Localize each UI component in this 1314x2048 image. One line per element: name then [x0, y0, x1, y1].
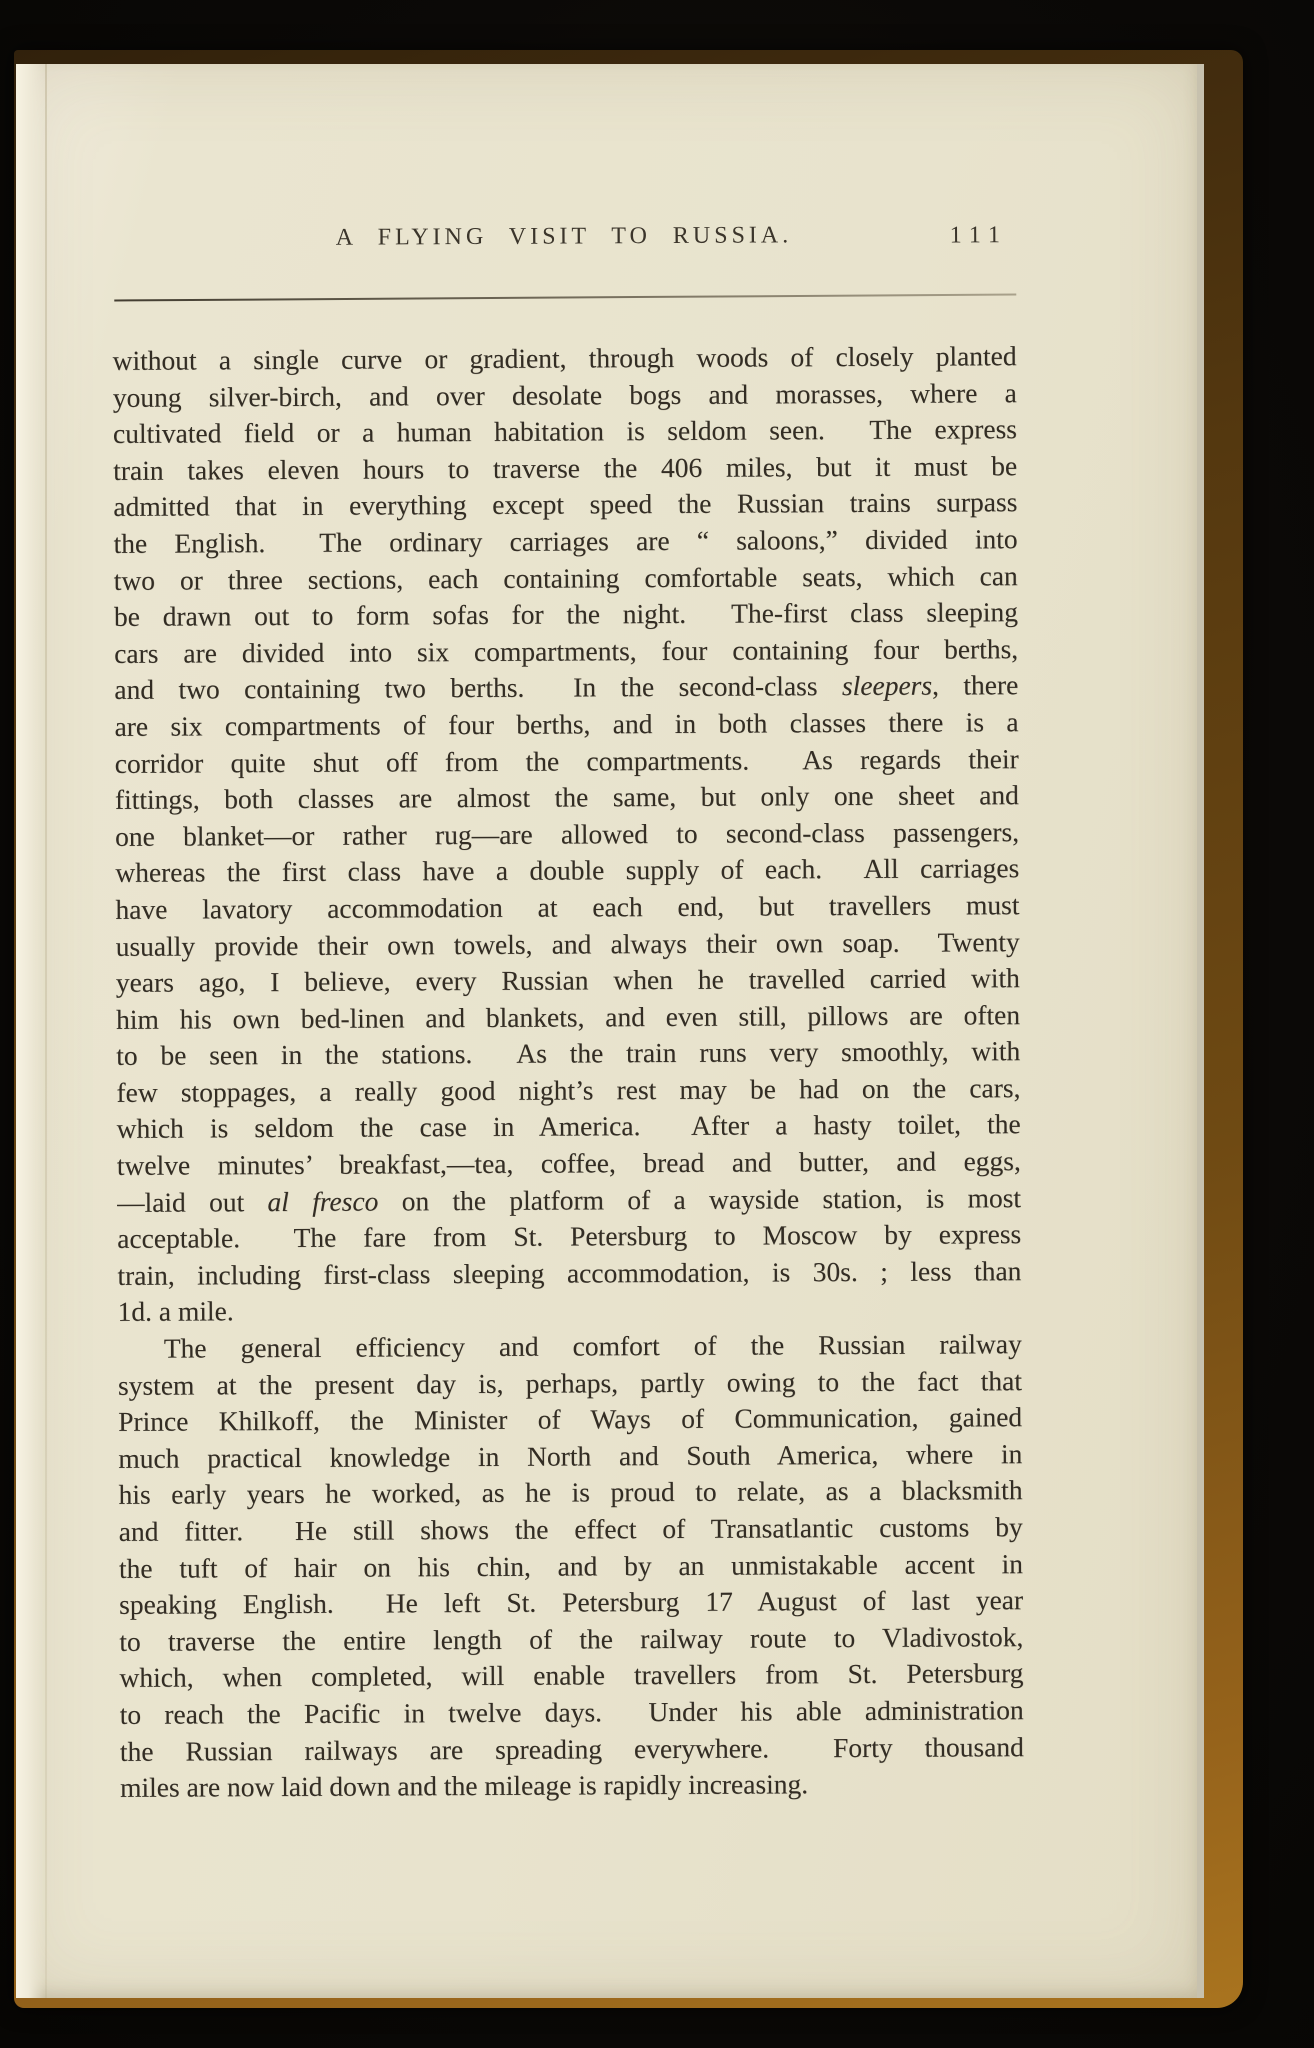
text-segment: and fitter. He still shows the effect of… [119, 1511, 1023, 1547]
text-line: speaking English. He left St. Petersburg… [119, 1582, 1023, 1623]
text-line: much practical knowledge in North and So… [118, 1436, 1022, 1477]
text-line: cars are divided into six compartments, … [114, 631, 1018, 672]
text-line: be drawn out to form sofas for the night… [114, 594, 1018, 635]
text-segment: cars are divided into six compartments, … [114, 633, 1018, 669]
text-line: his early years he worked, as he is prou… [118, 1473, 1022, 1514]
text-segment: to reach the Pacific in twelve days. Und… [120, 1694, 1024, 1730]
text-line: usually provide their own towels, and al… [116, 924, 1020, 965]
text-line: which, when completed, will enable trave… [119, 1656, 1023, 1697]
text-segment: without a single curve or gradient, thro… [113, 340, 1017, 376]
text-line: without a single curve or gradient, thro… [113, 338, 1017, 379]
page-body: without a single curve or gradient, thro… [113, 338, 1025, 1806]
text-segment: Prince Khilkoff, the Minister of Ways of… [118, 1401, 1022, 1437]
text-segment: 1d. a mile. [118, 1296, 234, 1328]
text-line: train, including first-class sleeping ac… [117, 1253, 1021, 1294]
text-line: 1d. a mile. [117, 1290, 1021, 1331]
text-line: admitted that in everything except speed… [113, 485, 1017, 526]
text-segment: , there [932, 669, 1018, 700]
italic-text: sleepers [842, 670, 932, 701]
text-segment: train, including first-class sleeping ac… [117, 1255, 1021, 1291]
text-segment: —laid out [117, 1186, 268, 1218]
text-segment: usually provide their own towels, and al… [116, 926, 1020, 962]
text-line: are six compartments of four berths, and… [114, 704, 1018, 745]
text-line: twelve minutes’ breakfast,—tea, coffee, … [117, 1143, 1021, 1184]
text-line: years ago, I believe, every Russian when… [116, 960, 1020, 1001]
text-segment: few stoppages, a really good night’s res… [116, 1072, 1020, 1108]
text-segment: system at the present day is, perhaps, p… [118, 1365, 1022, 1401]
text-line: acceptable. The fare from St. Petersburg… [117, 1216, 1021, 1257]
text-line: The general efficiency and comfort of th… [118, 1326, 1022, 1367]
page-content: A FLYING VISIT TO RUSSIA. 111 without a … [112, 221, 1016, 266]
text-segment: which, when completed, will enable trave… [119, 1658, 1023, 1694]
text-segment: and two containing two berths. In the se… [114, 670, 842, 705]
text-segment: twelve minutes’ breakfast,—tea, coffee, … [117, 1145, 1021, 1181]
text-segment: admitted that in everything except speed… [113, 487, 1017, 523]
text-line: the English. The ordinary carriages are … [113, 521, 1017, 562]
text-line: which is seldom the case in America. Aft… [117, 1107, 1021, 1148]
text-segment: the Russian railways are spreading every… [120, 1731, 1024, 1767]
text-line: to traverse the entire length of the rai… [119, 1619, 1023, 1660]
paragraph: without a single curve or gradient, thro… [113, 338, 1022, 1331]
text-line: whereas the first class have a double su… [115, 850, 1019, 891]
text-line: two or three sections, each containing c… [114, 558, 1018, 599]
text-segment: to be seen in the stations. As the train… [116, 1035, 1020, 1071]
text-segment: the English. The ordinary carriages are … [113, 523, 1017, 559]
italic-text: al fresco [267, 1185, 378, 1217]
paragraph: The general efficiency and comfort of th… [118, 1326, 1024, 1806]
text-line: and two containing two berths. In the se… [114, 667, 1018, 708]
text-segment: on the platform of a wayside station, is… [378, 1182, 1021, 1216]
text-line: the Russian railways are spreading every… [120, 1729, 1024, 1770]
text-line: corridor quite shut off from the compart… [115, 741, 1019, 782]
text-segment: be drawn out to form sofas for the night… [114, 596, 1018, 632]
text-line: have lavatory accommodation at each end,… [115, 887, 1019, 928]
book-scan: A FLYING VISIT TO RUSSIA. 111 without a … [0, 0, 1314, 2048]
text-segment: his early years he worked, as he is prou… [118, 1475, 1022, 1511]
text-line: system at the present day is, perhaps, p… [118, 1363, 1022, 1404]
text-segment: are six compartments of four berths, and… [114, 706, 1018, 742]
text-line: and fitter. He still shows the effect of… [119, 1509, 1023, 1550]
text-line: Prince Khilkoff, the Minister of Ways of… [118, 1399, 1022, 1440]
text-segment: years ago, I believe, every Russian when… [116, 962, 1020, 998]
text-line: young silver-birch, and over desolate bo… [113, 375, 1017, 416]
text-segment: young silver-birch, and over desolate bo… [113, 377, 1017, 413]
text-segment: speaking English. He left St. Petersburg… [119, 1584, 1023, 1620]
text-line: few stoppages, a really good night’s res… [116, 1070, 1020, 1111]
text-segment: cultivated field or a human habitation i… [113, 413, 1017, 449]
text-segment: train takes eleven hours to traverse the… [113, 450, 1017, 486]
text-segment: acceptable. The fare from St. Petersburg… [117, 1218, 1021, 1254]
text-line: —laid out al fresco on the platform of a… [117, 1180, 1021, 1221]
text-segment: him his own bed-linen and blankets, and … [116, 999, 1020, 1035]
text-line: train takes eleven hours to traverse the… [113, 448, 1017, 489]
text-line: miles are now laid down and the mileage … [120, 1765, 1024, 1806]
text-line: cultivated field or a human habitation i… [113, 411, 1017, 452]
page-edge-highlight [16, 64, 44, 1998]
page-edge-crease [45, 64, 47, 1998]
text-line: one blanket—or rather rug—are allowed to… [115, 814, 1019, 855]
text-segment: one blanket—or rather rug—are allowed to… [115, 816, 1019, 852]
running-header: A FLYING VISIT TO RUSSIA. 111 [112, 221, 1016, 266]
text-segment: to traverse the entire length of the rai… [119, 1621, 1023, 1657]
text-line: to be seen in the stations. As the train… [116, 1033, 1020, 1074]
text-segment: much practical knowledge in North and So… [118, 1438, 1022, 1474]
text-segment: whereas the first class have a double su… [115, 852, 1019, 888]
text-segment: the tuft of hair on his chin, and by an … [119, 1548, 1023, 1584]
text-segment: which is seldom the case in America. Aft… [117, 1109, 1021, 1145]
text-line: the tuft of hair on his chin, and by an … [119, 1546, 1023, 1587]
running-header-title: A FLYING VISIT TO RUSSIA. [112, 221, 1016, 253]
text-line: to reach the Pacific in twelve days. Und… [120, 1692, 1024, 1733]
text-segment: corridor quite shut off from the compart… [115, 743, 1019, 779]
text-segment: have lavatory accommodation at each end,… [115, 889, 1019, 925]
text-line: fittings, both classes are almost the sa… [115, 777, 1019, 818]
text-segment: The general efficiency and comfort of th… [164, 1328, 1022, 1363]
text-line: him his own bed-linen and blankets, and … [116, 997, 1020, 1038]
text-segment: fittings, both classes are almost the sa… [115, 779, 1019, 815]
page-number: 111 [950, 222, 1008, 249]
text-segment: miles are now laid down and the mileage … [120, 1768, 808, 1803]
text-segment: two or three sections, each containing c… [114, 560, 1018, 596]
